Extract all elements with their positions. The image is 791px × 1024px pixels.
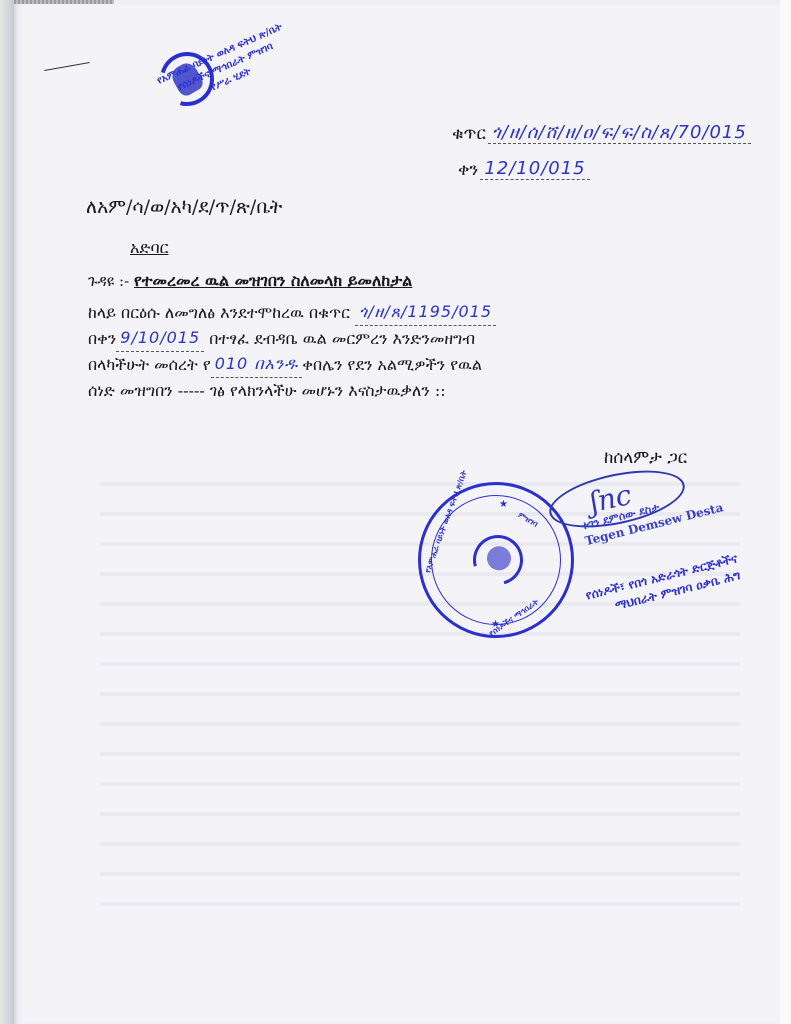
body-line: በቀን 9/10/015 በተፃፈ ደብዳቤ ዉል መርምረን እንድንመዘግብ — [88, 326, 728, 352]
scan-left-edge — [0, 0, 14, 1024]
reference-number: ቁጥር ጎ/ዘ/ሰ/ሸ/ዘ/ዐ/ፍ/ፍ/ስ/ጸ/70/015 — [452, 108, 751, 144]
subject-label: ጉዳዩ :- — [88, 272, 129, 290]
handwritten-date: 9/10/015 — [116, 325, 204, 352]
body-line: ሰነድ መዝግበን ----- ገፅ የላክንላችሁ መሆኑን እናስታዉቃለን… — [88, 378, 728, 404]
body-text: ቀበሌን የደን አልሚዎችን የዉል — [302, 352, 482, 378]
subject-title: የተመረመረ ዉል መዝገበን ስለመላክ ይመለከታል — [134, 271, 412, 290]
handwritten-kebele: 010 በአንዱ — [211, 351, 303, 378]
body-text: ከላይ በርዕሱ ለመግለፅ እንደተሞከረዉ በቁጥር — [88, 300, 350, 326]
reference-number-value: ጎ/ዘ/ሰ/ሸ/ዘ/ዐ/ፍ/ፍ/ስ/ጸ/70/015 — [488, 122, 751, 144]
salutation: አድባር — [130, 238, 168, 258]
scan-right-edge — [780, 0, 791, 1024]
body-text: በቀን — [88, 326, 116, 352]
body-text: በተፃፈ ደብዳቤ ዉል መርምረን እንድንመዘግብ — [209, 326, 475, 352]
handwritten-ref: ጎ/ዘ/ጸ/1195/015 — [355, 299, 496, 326]
body-line: በላካችሁት መሰረት የ 010 በአንዱ ቀበሌን የደን አልሚዎችን የ… — [88, 352, 728, 378]
subject-line: ጉዳዩ :- የተመረመረ ዉል መዝገበን ስለመላክ ይመለከታል — [88, 271, 412, 291]
body-text: ሰነድ መዝግበን ----- ገፅ የላክንላችሁ መሆኑን እናስታዉቃለን… — [88, 378, 446, 404]
letter-body: ከላይ በርዕሱ ለመግለፅ እንደተሞከረዉ በቁጥር ጎ/ዘ/ጸ/1195/… — [88, 300, 728, 404]
body-line: ከላይ በርዕሱ ለመግለፅ እንደተሞከረዉ በቁጥር ጎ/ዘ/ጸ/1195/… — [88, 300, 728, 326]
star-icon: ★ — [499, 499, 508, 510]
recipient: ለአም/ሳ/ወ/አካ/ደ/ጥ/ጽ/ቤት — [86, 196, 282, 218]
closing: ከሰላምታ ጋር — [604, 448, 687, 468]
reference-block: ቁጥር ጎ/ዘ/ሰ/ሸ/ዘ/ዐ/ፍ/ፍ/ስ/ጸ/70/015 ቀን 12/10/… — [452, 108, 751, 180]
star-icon: ★ — [491, 619, 500, 630]
reference-date-value: 12/10/015 — [480, 158, 589, 180]
body-text: በላካችሁት መሰረት የ — [88, 352, 211, 378]
reference-date-label: ቀን — [458, 160, 478, 180]
reference-number-label: ቁጥር — [452, 124, 486, 144]
reference-date: ቀን 12/10/015 — [458, 144, 751, 180]
